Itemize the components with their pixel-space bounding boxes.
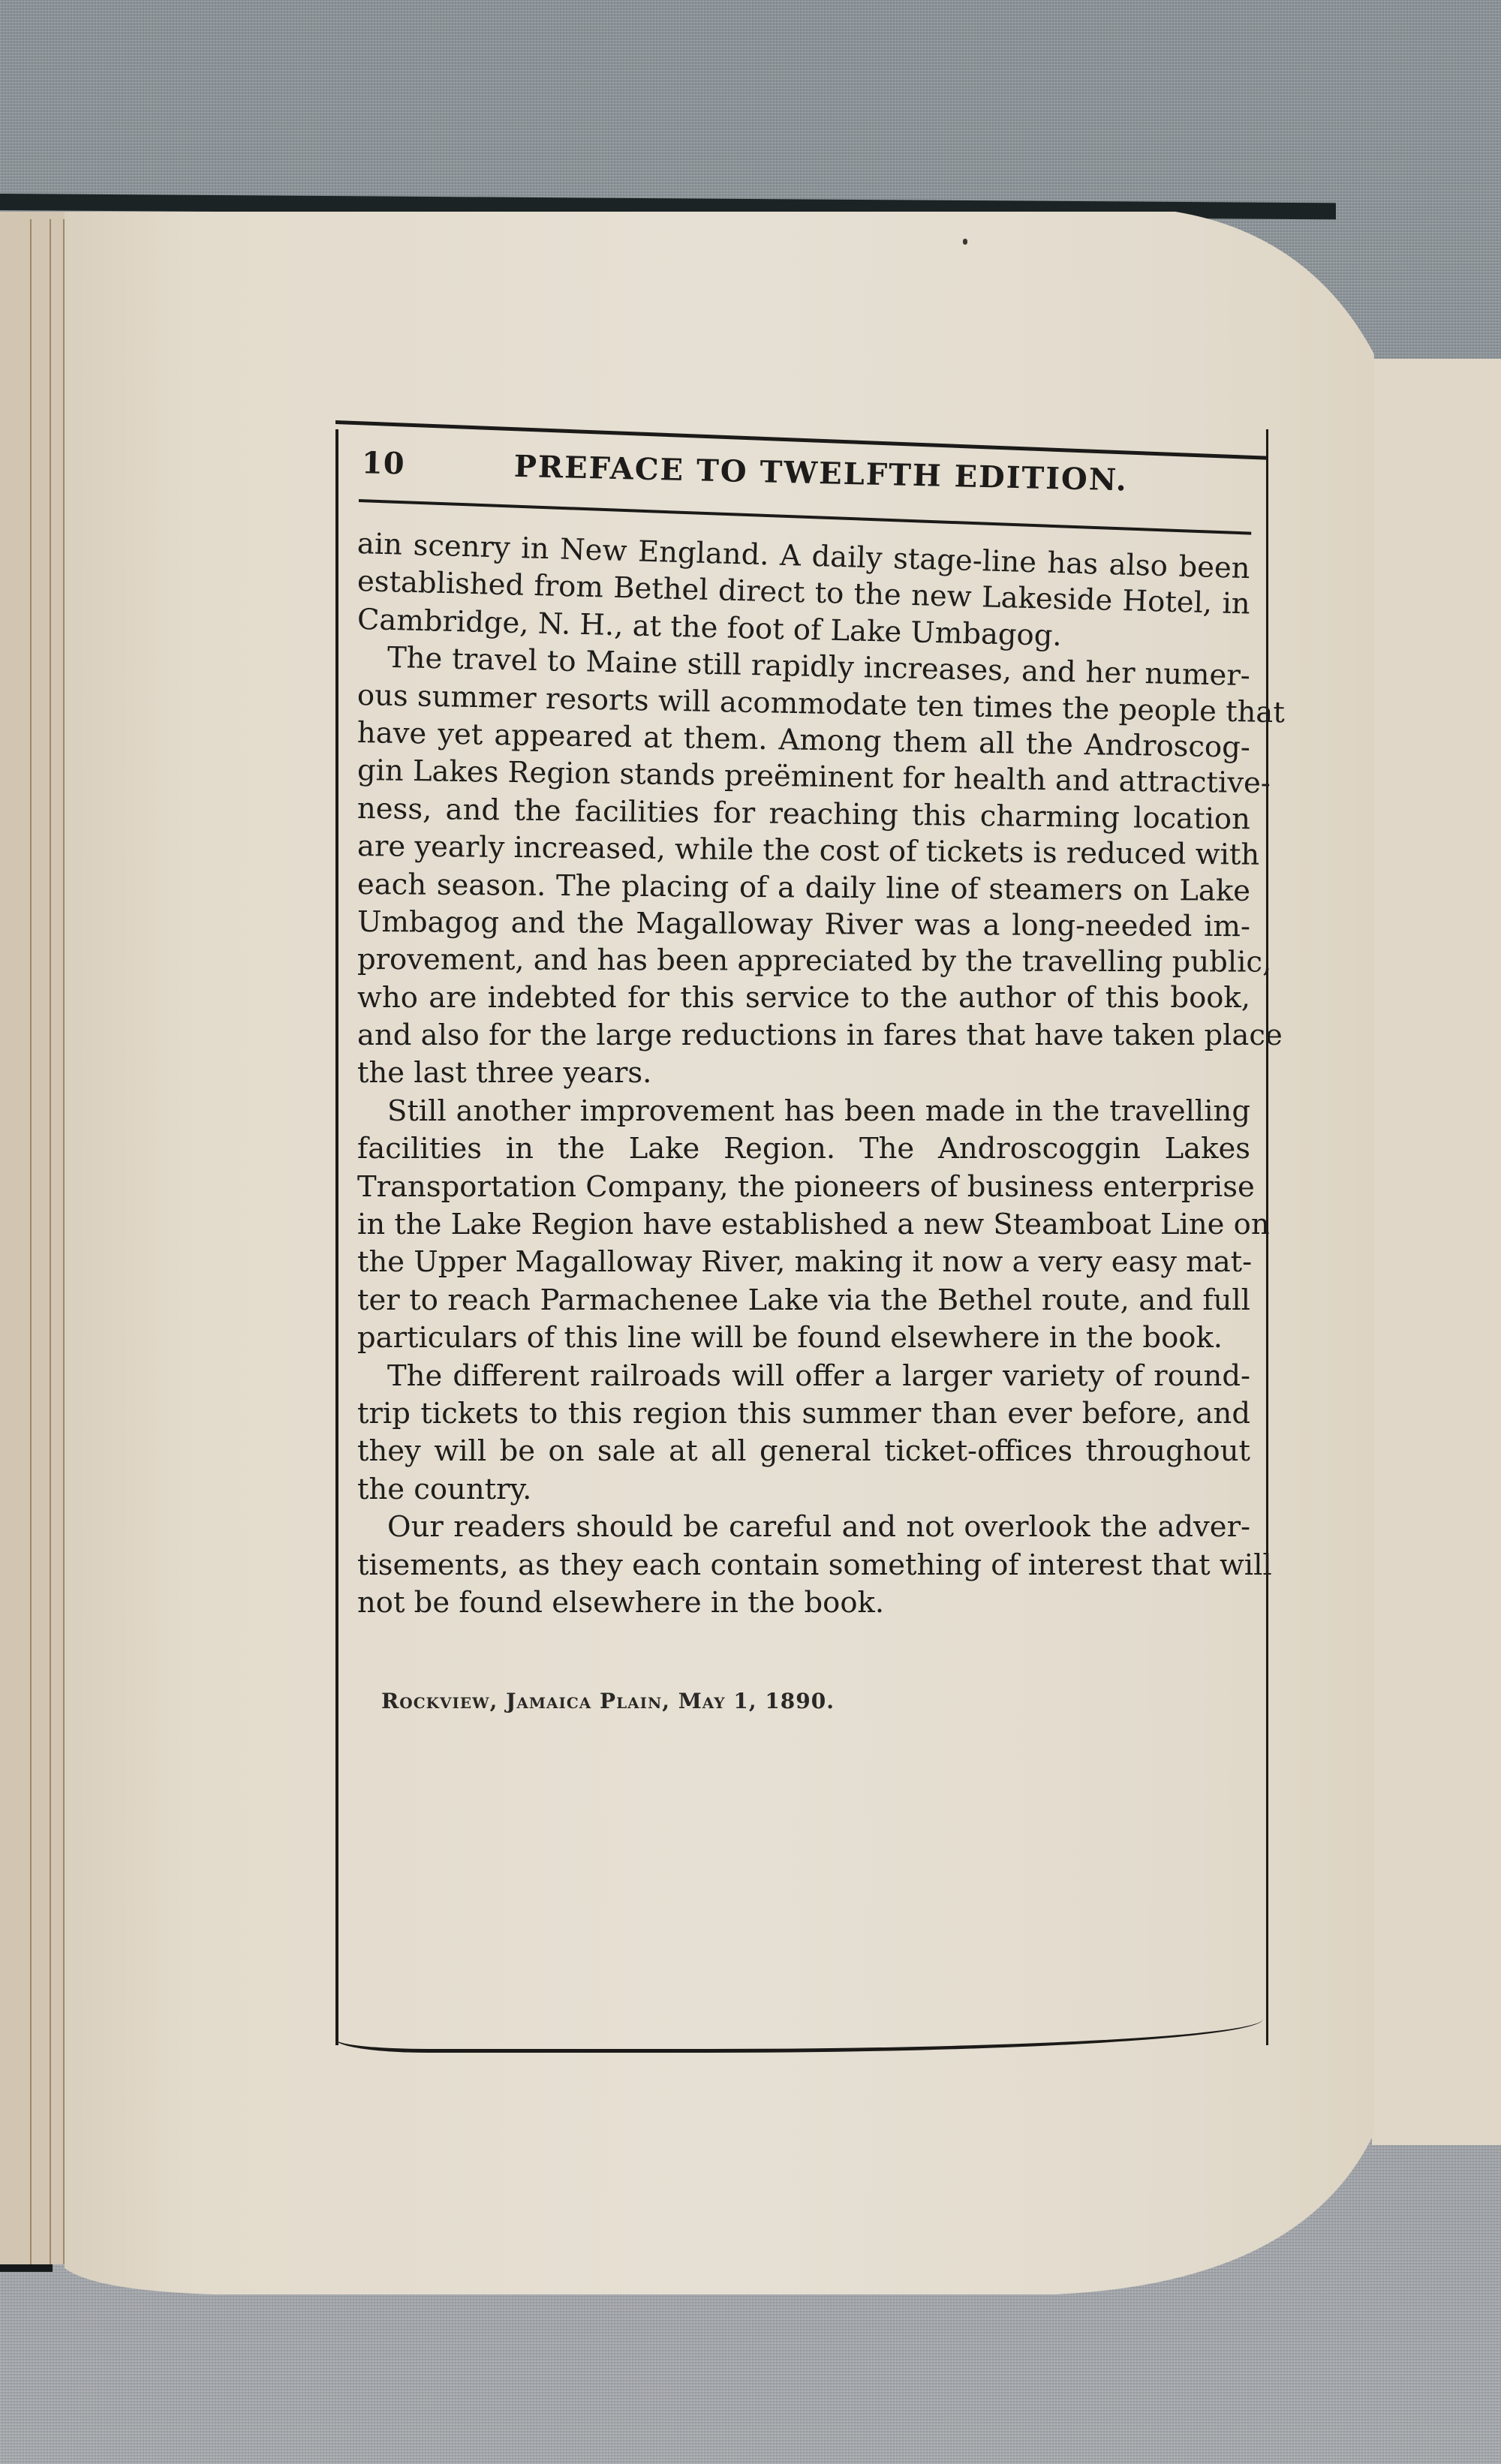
text-line: who are indebted for this service to the… [357,979,1250,1017]
text-line: facilities in the Lake Region. The Andro… [357,1130,1250,1168]
text-line: provement, and has been appreciated by t… [357,941,1250,982]
text-line: Still another improvement has been made … [357,1093,1250,1130]
text-line: The different railroads will offer a lar… [357,1358,1250,1395]
text-line: ter to reach Parmachenee Lake via the Be… [357,1282,1250,1319]
text-line: the last three years. [357,1054,1250,1092]
page-edge-line [30,219,32,2264]
page-edge-line [50,219,51,2264]
page-edge-line [63,219,65,2264]
paper-speck [963,239,967,245]
text-line: in the Lake Region have established a ne… [357,1206,1250,1244]
text-line: Transportation Company, the pioneers of … [357,1169,1250,1206]
text-line: the Upper Magalloway River, making it no… [357,1244,1250,1281]
text-line: trip tickets to this region this summer … [357,1395,1250,1433]
page-number: 10 [361,445,405,481]
text-line: Umbagog and the Magalloway River was a l… [357,904,1250,946]
text-line: tisements, as they each contain somethin… [357,1547,1250,1584]
text-line: the country. [357,1471,1250,1509]
adjacent-page-right [1372,359,1501,2145]
text-line: they will be on sale at all general tick… [357,1433,1250,1470]
body-text: ain scenry in New England. A daily stage… [357,525,1250,1622]
left-page-stack [0,212,68,2264]
text-line: and also for the large reductions in far… [357,1017,1250,1054]
text-line: not be found elsewhere in the book. [357,1584,1250,1622]
text-line: Our readers should be careful and not ov… [357,1509,1250,1546]
text-line: particulars of this line will be found e… [357,1319,1250,1357]
signature-dateline: Rockview, Jamaica Plain, May 1, 1890. [381,1689,835,1713]
